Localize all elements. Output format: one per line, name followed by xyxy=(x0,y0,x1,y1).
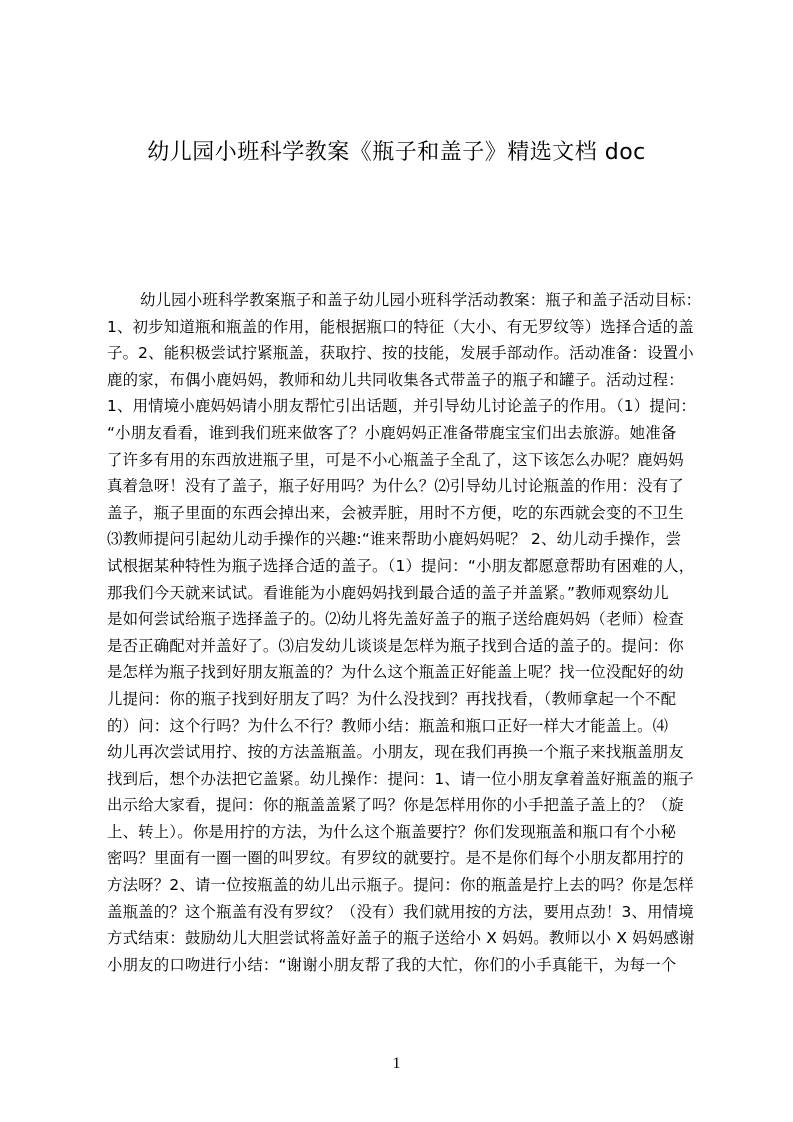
body-line: 小朋友的口吻进行小结：“谢谢小朋友帮了我的大忙，你们的小手真能干，为每一个 xyxy=(107,952,712,979)
body-line: 幼儿园小班科学教案瓶子和盖子幼儿园小班科学活动教案：瓶子和盖子活动目标： xyxy=(107,287,712,314)
body-line: 幼儿再次尝试用拧、按的方法盖瓶盖。小朋友，现在我们再换一个瓶子来找瓶盖朋友 xyxy=(107,739,712,766)
body-line: 试根据某种特性为瓶子选择合适的盖子。（1）提问：“小朋友都愿意帮助有困难的人， xyxy=(107,553,712,580)
body-line: 鹿的家，布偶小鹿妈妈，教师和幼儿共同收集各式带盖子的瓶子和罐子。活动过程： xyxy=(107,367,712,394)
body-line: 是否正确配对并盖好了。⑶启发幼儿谈谈是怎样为瓶子找到合适的盖子的。提问：你 xyxy=(107,633,712,660)
body-line: 出示给大家看，提问：你的瓶盖盖紧了吗？你是怎样用你的小手把盖子盖上的？（旋 xyxy=(107,792,712,819)
body-line: 盖瓶盖的？这个瓶盖有没有罗纹？（没有）我们就用按的方法，要用点劲！3、用情境 xyxy=(107,899,712,926)
body-line: 真着急呀！没有了盖子，瓶子好用吗？为什么？⑵引导幼儿讨论瓶盖的作用：没有了 xyxy=(107,473,712,500)
document-body: 幼儿园小班科学教案瓶子和盖子幼儿园小班科学活动教案：瓶子和盖子活动目标： 1、初… xyxy=(107,287,712,978)
document-page: 幼儿园小班科学教案《瓶子和盖子》精选文档 doc 幼儿园小班科学教案瓶子和盖子幼… xyxy=(0,0,793,1122)
body-line: 上、转上）。你是用拧的方法，为什么这个瓶盖要拧？你们发现瓶盖和瓶口有个小秘 xyxy=(107,819,712,846)
body-line: 了许多有用的东西放进瓶子里，可是不小心瓶盖子全乱了，这下该怎么办呢？鹿妈妈 xyxy=(107,447,712,474)
body-line: 子。2、能积极尝试拧紧瓶盖，获取拧、按的技能，发展手部动作。活动准备：设置小 xyxy=(107,340,712,367)
body-line: 方式结束：鼓励幼儿大胆尝试将盖好盖子的瓶子送给小 X 妈妈。教师以小 X 妈妈感… xyxy=(107,925,712,952)
body-line: 密吗？里面有一圈一圈的叫罗纹。有罗纹的就要拧。是不是你们每个小朋友都用拧的 xyxy=(107,845,712,872)
body-line: 那我们今天就来试试。看谁能为小鹿妈妈找到最合适的盖子并盖紧。”教师观察幼儿 xyxy=(107,580,712,607)
body-line: 是怎样为瓶子找到好朋友瓶盖的？为什么这个瓶盖正好能盖上呢？找一位没配好的幼 xyxy=(107,659,712,686)
body-line: 找到后，想个办法把它盖紧。幼儿操作：提问：1、请一位小朋友拿着盖好瓶盖的瓶子 xyxy=(107,766,712,793)
body-line: “小朋友看看，谁到我们班来做客了？小鹿妈妈正准备带鹿宝宝们出去旅游。她准备 xyxy=(107,420,712,447)
body-line: 的）问：这个行吗？为什么不行？教师小结：瓶盖和瓶口正好一样大才能盖上。⑷ xyxy=(107,713,712,740)
body-line: 是如何尝试给瓶子选择盖子的。⑵幼儿将先盖好盖子的瓶子送给鹿妈妈（老师）检查 xyxy=(107,606,712,633)
body-line: 儿提问：你的瓶子找到好朋友了吗？为什么没找到？再找找看，（教师拿起一个不配 xyxy=(107,686,712,713)
body-line: 1、初步知道瓶和瓶盖的作用，能根据瓶口的特征（大小、有无罗纹等）选择合适的盖 xyxy=(107,314,712,341)
body-line: 方法呀？2、请一位按瓶盖的幼儿出示瓶子。提问：你的瓶盖是拧上去的吗？你是怎样 xyxy=(107,872,712,899)
document-title: 幼儿园小班科学教案《瓶子和盖子》精选文档 doc xyxy=(0,138,793,168)
page-number: 1 xyxy=(0,1054,793,1074)
body-line: 1、用情境小鹿妈妈请小朋友帮忙引出话题，并引导幼儿讨论盖子的作用。（1）提问： xyxy=(107,393,712,420)
body-line: 盖子，瓶子里面的东西会掉出来，会被弄脏，用时不方便，吃的东西就会变的不卫生 xyxy=(107,500,712,527)
body-line: ⑶教师提问引起幼儿动手操作的兴趣:“谁来帮助小鹿妈妈呢？ 2、幼儿动手操作，尝 xyxy=(107,526,712,553)
